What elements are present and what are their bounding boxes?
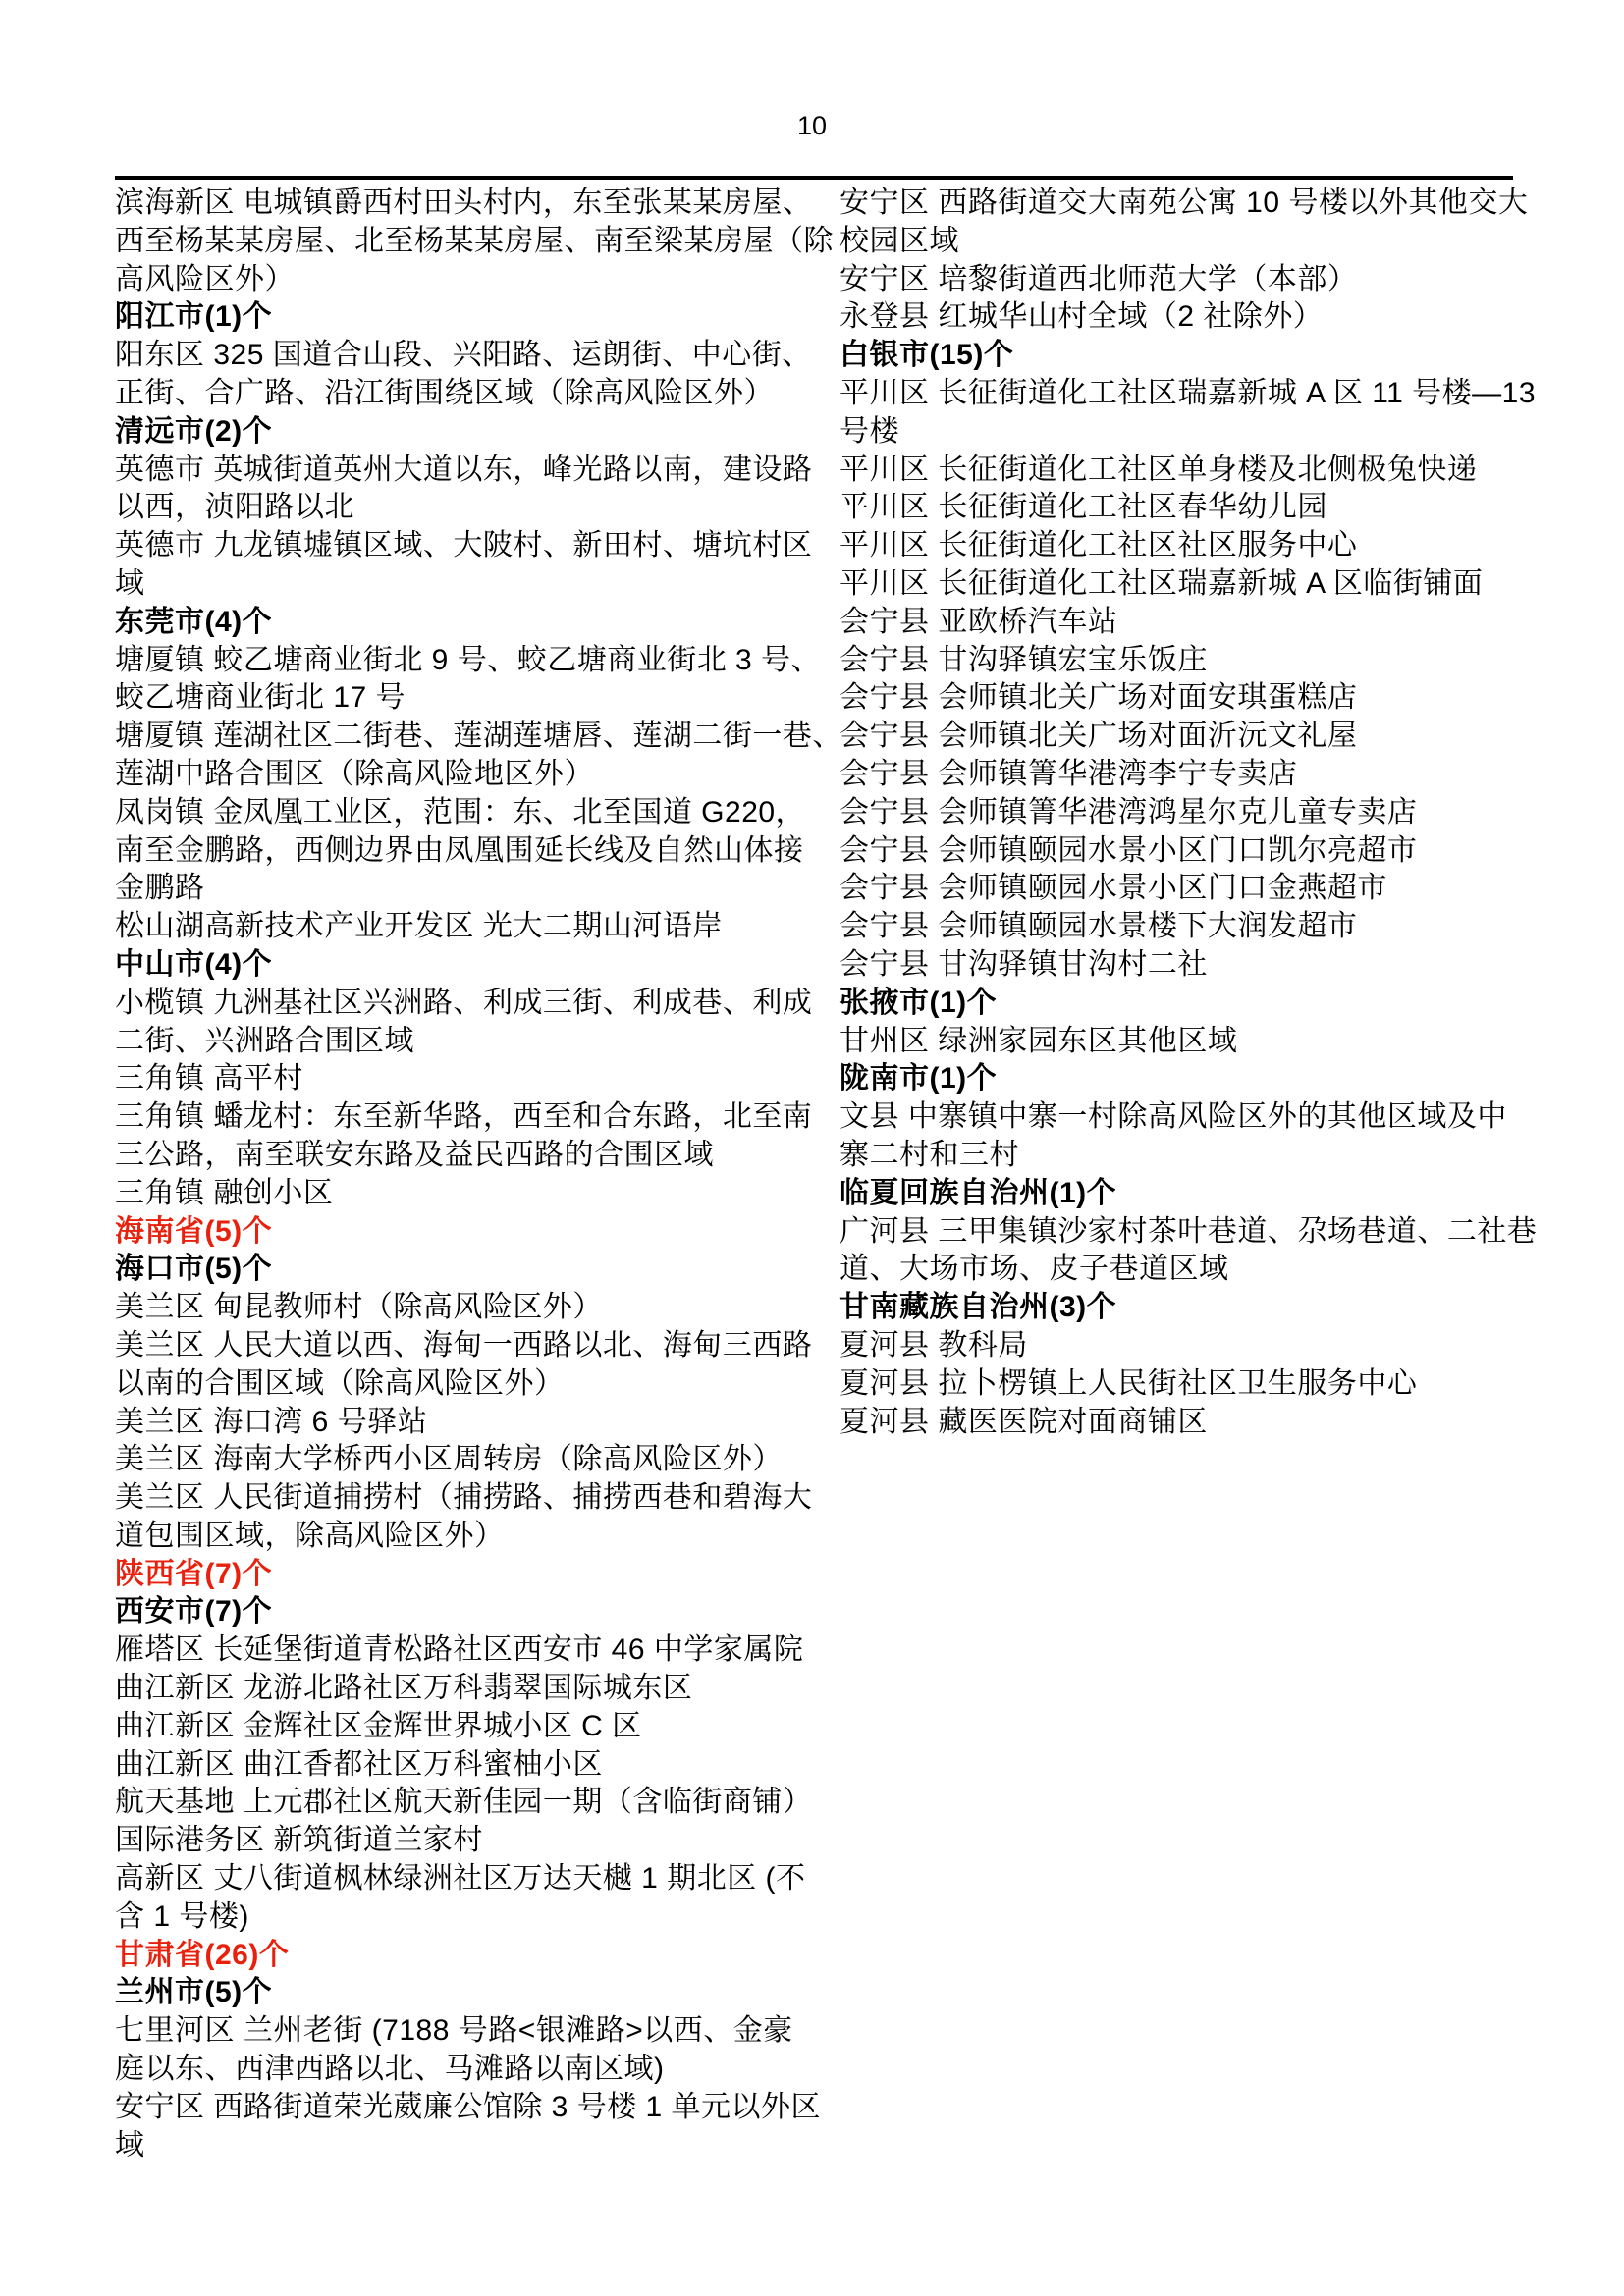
region-text-line: 以西，浈阳路以北 [115, 489, 841, 527]
city-header: 兰州市(5)个 [115, 1974, 841, 2012]
region-text-line: 永登县 红城华山村全域（2 社除外） [839, 298, 1566, 337]
region-text-line: 安宁区 西路街道荣光葳廉公馆除 3 号楼 1 单元以外区 [115, 2089, 841, 2127]
region-text-line: 曲江新区 龙游北路社区万科翡翠国际城东区 [115, 1670, 841, 1708]
region-text-line: 会宁县 会师镇颐园水景小区门口凯尔亮超市 [839, 832, 1566, 871]
region-text-line: 三角镇 融创小区 [115, 1175, 841, 1213]
region-text-line: 塘厦镇 莲湖社区二街巷、莲湖莲塘唇、莲湖二街一巷、 [115, 718, 841, 756]
region-text-line: 西至杨某某房屋、北至杨某某房屋、南至梁某房屋（除 [115, 223, 841, 261]
region-text-line: 域 [115, 565, 841, 604]
region-text-line: 会宁县 会师镇箐华港湾鸿星尔克儿童专卖店 [839, 794, 1566, 832]
region-text-line: 小榄镇 九洲基社区兴洲路、利成三街、利成巷、利成 [115, 985, 841, 1023]
region-text-line: 高风险区外） [115, 261, 841, 299]
region-text-line: 金鹏路 [115, 870, 841, 908]
region-text-line: 会宁县 会师镇北关广场对面沂沅文礼屋 [839, 718, 1566, 756]
province-header: 陕西省(7)个 [115, 1556, 841, 1594]
region-text-line: 寨二村和三村 [839, 1137, 1566, 1175]
region-text-line: 平川区 长征街道化工社区春华幼儿园 [839, 489, 1566, 527]
city-header: 中山市(4)个 [115, 946, 841, 985]
region-text-line: 蛟乙塘商业街北 17 号 [115, 679, 841, 718]
city-header: 临夏回族自治州(1)个 [839, 1175, 1566, 1213]
city-header: 东莞市(4)个 [115, 604, 841, 642]
city-header: 白银市(15)个 [839, 337, 1566, 375]
region-text-line: 夏河县 教科局 [839, 1327, 1566, 1365]
region-text-line: 南至金鹏路，西侧边界由凤凰围延长线及自然山体接 [115, 832, 841, 871]
left-column: 滨海新区 电城镇爵西村田头村内，东至张某某房屋、西至杨某某房屋、北至杨某某房屋、… [115, 185, 841, 2164]
province-header: 甘肃省(26)个 [115, 1937, 841, 1975]
region-text-line: 英德市 九龙镇墟镇区域、大陂村、新田村、塘坑村区 [115, 527, 841, 565]
region-text-line: 航天基地 上元郡社区航天新佳园一期（含临街商铺） [115, 1784, 841, 1822]
document-page: { "page": { "number": "10" }, "colors": … [0, 0, 1624, 2296]
region-text-line: 平川区 长征街道化工社区瑞嘉新城 A 区 11 号楼—13 [839, 375, 1566, 413]
region-text-line: 滨海新区 电城镇爵西村田头村内，东至张某某房屋、 [115, 185, 841, 223]
region-text-line: 二街、兴洲路合围区域 [115, 1023, 841, 1061]
region-text-line: 号楼 [839, 413, 1566, 452]
page-number: 10 [0, 110, 1624, 141]
region-text-line: 雁塔区 长延堡街道青松路社区西安市 46 中学家属院 [115, 1631, 841, 1670]
region-text-line: 会宁县 会师镇箐华港湾李宁专卖店 [839, 756, 1566, 794]
region-text-line: 曲江新区 曲江香都社区万科蜜柚小区 [115, 1746, 841, 1785]
region-text-line: 英德市 英城街道英州大道以东，峰光路以南，建设路 [115, 452, 841, 490]
region-text-line: 会宁县 会师镇北关广场对面安琪蛋糕店 [839, 679, 1566, 718]
city-header: 陇南市(1)个 [839, 1060, 1566, 1098]
region-text-line: 道、大场市场、皮子巷道区域 [839, 1251, 1566, 1289]
region-text-line: 七里河区 兰州老街 (7188 号路<银滩路>以西、金豪 [115, 2012, 841, 2051]
region-text-line: 会宁县 甘沟驿镇宏宝乐饭庄 [839, 642, 1566, 680]
city-header: 甘南藏族自治州(3)个 [839, 1289, 1566, 1327]
region-text-line: 广河县 三甲集镇沙家村茶叶巷道、尕场巷道、二社巷 [839, 1213, 1566, 1252]
city-header: 张掖市(1)个 [839, 985, 1566, 1023]
region-text-line: 高新区 丈八街道枫林绿洲社区万达天樾 1 期北区 (不 [115, 1860, 841, 1898]
region-text-line: 甘州区 绿洲家园东区其他区域 [839, 1023, 1566, 1061]
region-text-line: 平川区 长征街道化工社区瑞嘉新城 A 区临街铺面 [839, 565, 1566, 604]
region-text-line: 美兰区 海口湾 6 号驿站 [115, 1404, 841, 1442]
region-text-line: 美兰区 海南大学桥西小区周转房（除高风险区外） [115, 1441, 841, 1479]
region-text-line: 域 [115, 2127, 841, 2165]
region-text-line: 庭以东、西津西路以北、马滩路以南区域) [115, 2051, 841, 2089]
region-text-line: 三角镇 高平村 [115, 1060, 841, 1098]
region-text-line: 安宁区 西路街道交大南苑公寓 10 号楼以外其他交大 [839, 185, 1566, 223]
city-header: 海口市(5)个 [115, 1251, 841, 1289]
region-text-line: 凤岗镇 金凤凰工业区，范围：东、北至国道 G220， [115, 794, 841, 832]
region-text-line: 平川区 长征街道化工社区社区服务中心 [839, 527, 1566, 565]
region-text-line: 会宁县 亚欧桥汽车站 [839, 604, 1566, 642]
region-text-line: 三角镇 蟠龙村：东至新华路，西至和合东路，北至南 [115, 1098, 841, 1137]
region-text-line: 莲湖中路合围区（除高风险地区外） [115, 756, 841, 794]
region-text-line: 以南的合围区域（除高风险区外） [115, 1365, 841, 1404]
region-text-line: 国际港务区 新筑街道兰家村 [115, 1822, 841, 1860]
region-text-line: 道包围区域，除高风险区外） [115, 1518, 841, 1556]
region-text-line: 美兰区 甸昆教师村（除高风险区外） [115, 1289, 841, 1327]
region-text-line: 安宁区 培黎街道西北师范大学（本部） [839, 261, 1566, 299]
city-header: 清远市(2)个 [115, 413, 841, 452]
region-text-line: 三公路，南至联安东路及益民西路的合围区域 [115, 1137, 841, 1175]
region-text-line: 曲江新区 金辉社区金辉世界城小区 C 区 [115, 1708, 841, 1746]
region-text-line: 美兰区 人民大道以西、海甸一西路以北、海甸三西路 [115, 1327, 841, 1365]
region-text-line: 松山湖高新技术产业开发区 光大二期山河语岸 [115, 908, 841, 946]
region-text-line: 正街、合广路、沿江街围绕区域（除高风险区外） [115, 375, 841, 413]
header-rule [115, 176, 1513, 180]
province-header: 海南省(5)个 [115, 1213, 841, 1252]
region-text-line: 阳东区 325 国道合山段、兴阳路、运朗街、中心街、 [115, 337, 841, 375]
region-text-line: 文县 中寨镇中寨一村除高风险区外的其他区域及中 [839, 1098, 1566, 1137]
region-text-line: 平川区 长征街道化工社区单身楼及北侧极兔快递 [839, 452, 1566, 490]
right-column: 安宁区 西路街道交大南苑公寓 10 号楼以外其他交大校园区域安宁区 培黎街道西北… [839, 185, 1566, 1441]
city-header: 阳江市(1)个 [115, 298, 841, 337]
region-text-line: 美兰区 人民街道捕捞村（捕捞路、捕捞西巷和碧海大 [115, 1479, 841, 1518]
region-text-line: 夏河县 藏医医院对面商铺区 [839, 1404, 1566, 1442]
region-text-line: 会宁县 甘沟驿镇甘沟村二社 [839, 946, 1566, 985]
region-text-line: 会宁县 会师镇颐园水景楼下大润发超市 [839, 908, 1566, 946]
region-text-line: 塘厦镇 蛟乙塘商业街北 9 号、蛟乙塘商业街北 3 号、 [115, 642, 841, 680]
region-text-line: 校园区域 [839, 223, 1566, 261]
city-header: 西安市(7)个 [115, 1593, 841, 1631]
region-text-line: 含 1 号楼) [115, 1898, 841, 1937]
region-text-line: 夏河县 拉卜楞镇上人民街社区卫生服务中心 [839, 1365, 1566, 1404]
region-text-line: 会宁县 会师镇颐园水景小区门口金燕超市 [839, 870, 1566, 908]
